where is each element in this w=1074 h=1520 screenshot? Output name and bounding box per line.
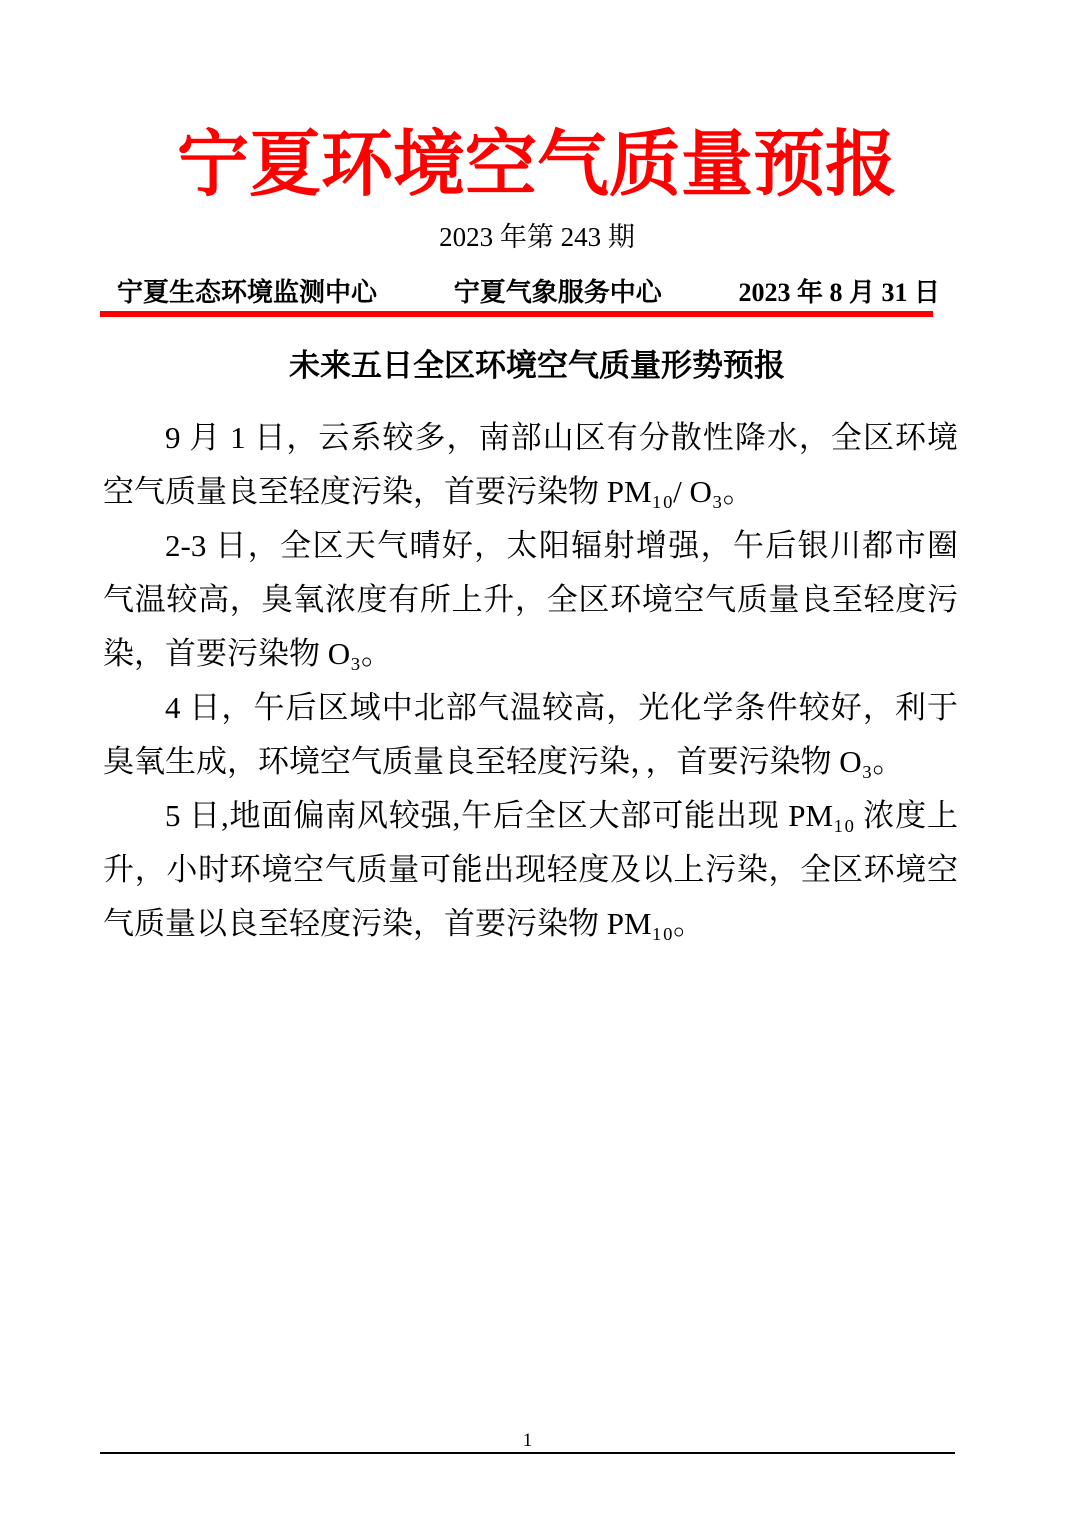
document-page: 宁夏环境空气质量预报 2023 年第 243 期 宁夏生态环境监测中心 宁夏气象… <box>0 0 1074 1520</box>
page-title: 宁夏环境空气质量预报 <box>0 126 1074 204</box>
org-left-label: 宁夏生态环境监测中心 <box>117 278 377 308</box>
org-center-label: 宁夏气象服务中心 <box>454 278 662 308</box>
header-row: 宁夏生态环境监测中心 宁夏气象服务中心 2023 年 8 月 31 日 <box>117 278 940 308</box>
page-footer: 1 <box>100 1431 955 1454</box>
body-paragraph: 9 月 1 日，云系较多，南部山区有分散性降水，全区环境空气质量良至轻度污染，首… <box>103 411 958 519</box>
body-paragraph: 2-3 日，全区天气晴好，太阳辐射增强，午后银川都市圈气温较高，臭氧浓度有所上升… <box>103 519 958 681</box>
body-paragraph: 5 日,地面偏南风较强,午后全区大部可能出现 PM₁₀ 浓度上升，小时环境空气质… <box>103 789 958 951</box>
forecast-body: 9 月 1 日，云系较多，南部山区有分散性降水，全区环境空气质量良至轻度污染，首… <box>103 411 958 951</box>
body-paragraph: 4 日，午后区域中北部气温较高，光化学条件较好，利于臭氧生成，环境空气质量良至轻… <box>103 681 958 789</box>
page-number: 1 <box>100 1431 955 1451</box>
section-title: 未来五日全区环境空气质量形势预报 <box>0 347 1074 385</box>
footer-divider-line <box>100 1452 955 1454</box>
issue-number: 2023 年第 243 期 <box>0 220 1074 254</box>
report-date: 2023 年 8 月 31 日 <box>738 278 940 308</box>
red-divider-line <box>100 311 933 317</box>
